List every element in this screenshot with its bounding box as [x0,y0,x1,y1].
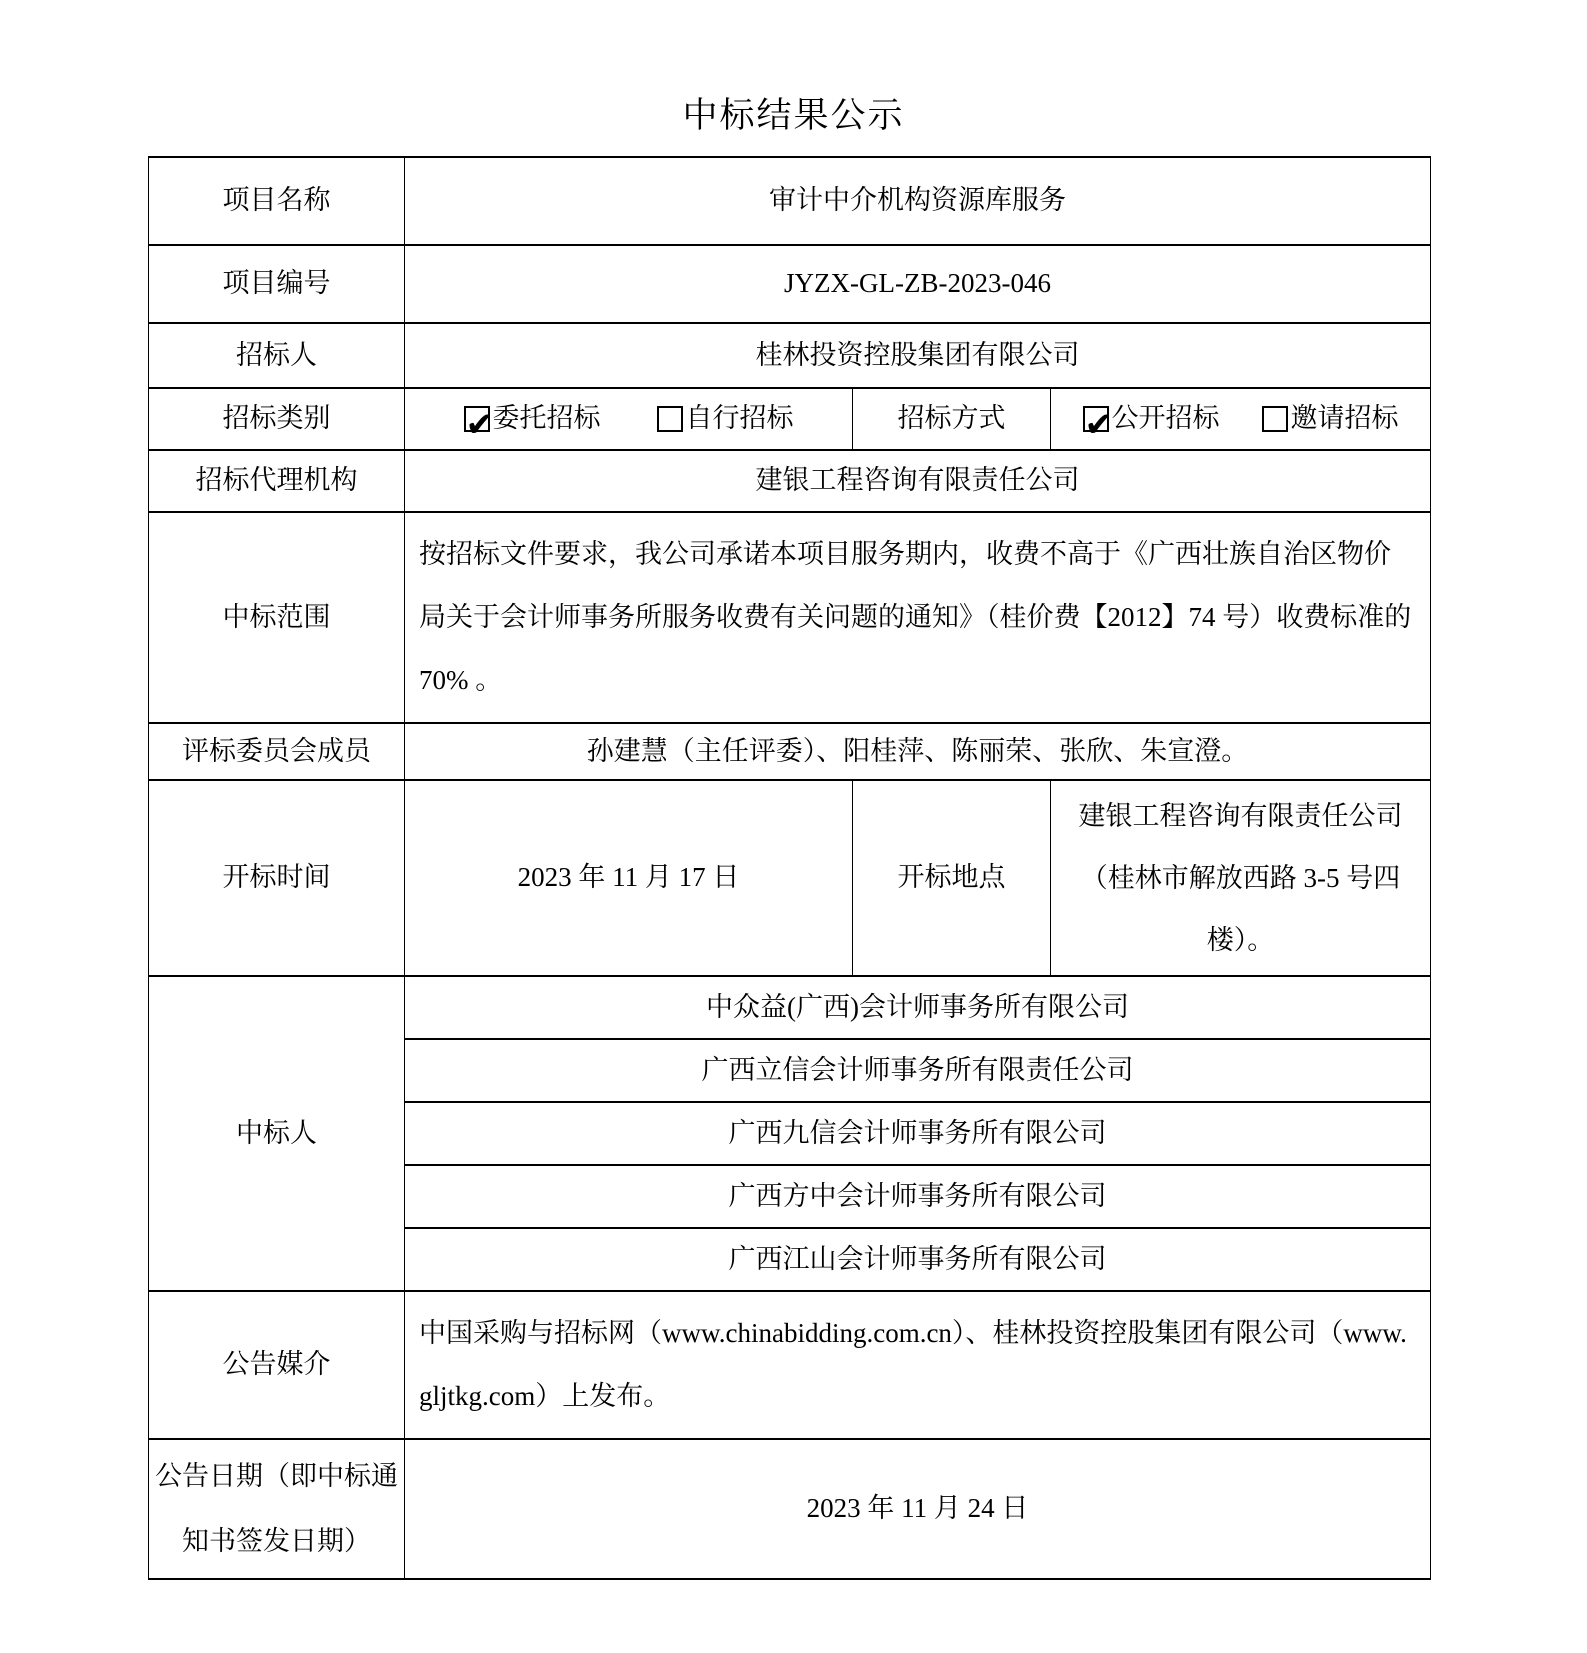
option-label: 邀请招标 [1291,396,1399,442]
media-value: 中国采购与招标网（www.chinabidding.com.cn）、桂林投资控股… [405,1291,1431,1439]
tenderer-value: 桂林投资控股集团有限公司 [405,323,1431,388]
row-project-no: 项目编号 JYZX-GL-ZB-2023-046 [149,245,1431,323]
winner-value: 广西九信会计师事务所有限公司 [405,1102,1431,1165]
checked-checkbox-icon [1083,406,1109,432]
project-no-value: JYZX-GL-ZB-2023-046 [405,245,1431,323]
bid-result-table: 项目名称 审计中介机构资源库服务 项目编号 JYZX-GL-ZB-2023-04… [148,156,1431,1580]
option-label: 公开招标 [1112,396,1220,442]
row-committee: 评标委员会成员 孙建慧（主任评委）、阳桂萍、陈丽荣、张欣、朱宣澄。 [149,723,1431,780]
tenderer-label: 招标人 [149,323,405,388]
opening-time-value: 2023 年 11 月 17 日 [405,780,853,976]
project-name-value: 审计中介机构资源库服务 [405,157,1431,245]
option-open-tender: 公开招标 [1083,396,1220,442]
opening-place-label: 开标地点 [853,780,1051,976]
option-self-tender: 自行招标 [657,396,794,442]
winners-label: 中标人 [149,976,405,1291]
media-label: 公告媒介 [149,1291,405,1439]
row-winner: 中标人 中众益(广西)会计师事务所有限公司 [149,976,1431,1039]
unchecked-checkbox-icon [1262,406,1288,432]
option-entrusted-tender: 委托招标 [464,396,601,442]
row-media: 公告媒介 中国采购与招标网（www.chinabidding.com.cn）、桂… [149,1291,1431,1439]
committee-label: 评标委员会成员 [149,723,405,780]
committee-value: 孙建慧（主任评委）、阳桂萍、陈丽荣、张欣、朱宣澄。 [405,723,1431,780]
row-agency: 招标代理机构 建银工程咨询有限责任公司 [149,450,1431,512]
tender-category-label: 招标类别 [149,388,405,450]
winner-value: 中众益(广西)会计师事务所有限公司 [405,976,1431,1039]
project-no-label: 项目编号 [149,245,405,323]
project-name-label: 项目名称 [149,157,405,245]
checked-checkbox-icon [464,406,490,432]
tender-method-options: 公开招标 邀请招标 [1051,388,1431,450]
tender-method-label: 招标方式 [853,388,1051,450]
opening-place-value: 建银工程咨询有限责任公司（桂林市解放西路 3-5 号四楼）。 [1051,780,1431,976]
row-tenderer: 招标人 桂林投资控股集团有限公司 [149,323,1431,388]
row-tender-category: 招标类别 委托招标 自行招标 招标方式 公开招标 邀请招标 [149,388,1431,450]
announce-date-value: 2023 年 11 月 24 日 [405,1439,1431,1579]
announce-date-label: 公告日期（即中标通知书签发日期） [149,1439,405,1579]
row-opening: 开标时间 2023 年 11 月 17 日 开标地点 建银工程咨询有限责任公司（… [149,780,1431,976]
scope-value: 按招标文件要求，我公司承诺本项目服务期内，收费不高于《广西壮族自治区物价局关于会… [405,512,1431,723]
row-scope: 中标范围 按招标文件要求，我公司承诺本项目服务期内，收费不高于《广西壮族自治区物… [149,512,1431,723]
opening-time-label: 开标时间 [149,780,405,976]
unchecked-checkbox-icon [657,406,683,432]
agency-label: 招标代理机构 [149,450,405,512]
option-invited-tender: 邀请招标 [1262,396,1399,442]
option-label: 委托招标 [493,396,601,442]
winner-value: 广西江山会计师事务所有限公司 [405,1228,1431,1291]
winner-value: 广西立信会计师事务所有限责任公司 [405,1039,1431,1102]
row-announce-date: 公告日期（即中标通知书签发日期） 2023 年 11 月 24 日 [149,1439,1431,1579]
option-label: 自行招标 [686,396,794,442]
agency-value: 建银工程咨询有限责任公司 [405,450,1431,512]
tender-category-options: 委托招标 自行招标 [405,388,853,450]
row-project-name: 项目名称 审计中介机构资源库服务 [149,157,1431,245]
winner-value: 广西方中会计师事务所有限公司 [405,1165,1431,1228]
document-title: 中标结果公示 [0,88,1587,138]
scope-label: 中标范围 [149,512,405,723]
